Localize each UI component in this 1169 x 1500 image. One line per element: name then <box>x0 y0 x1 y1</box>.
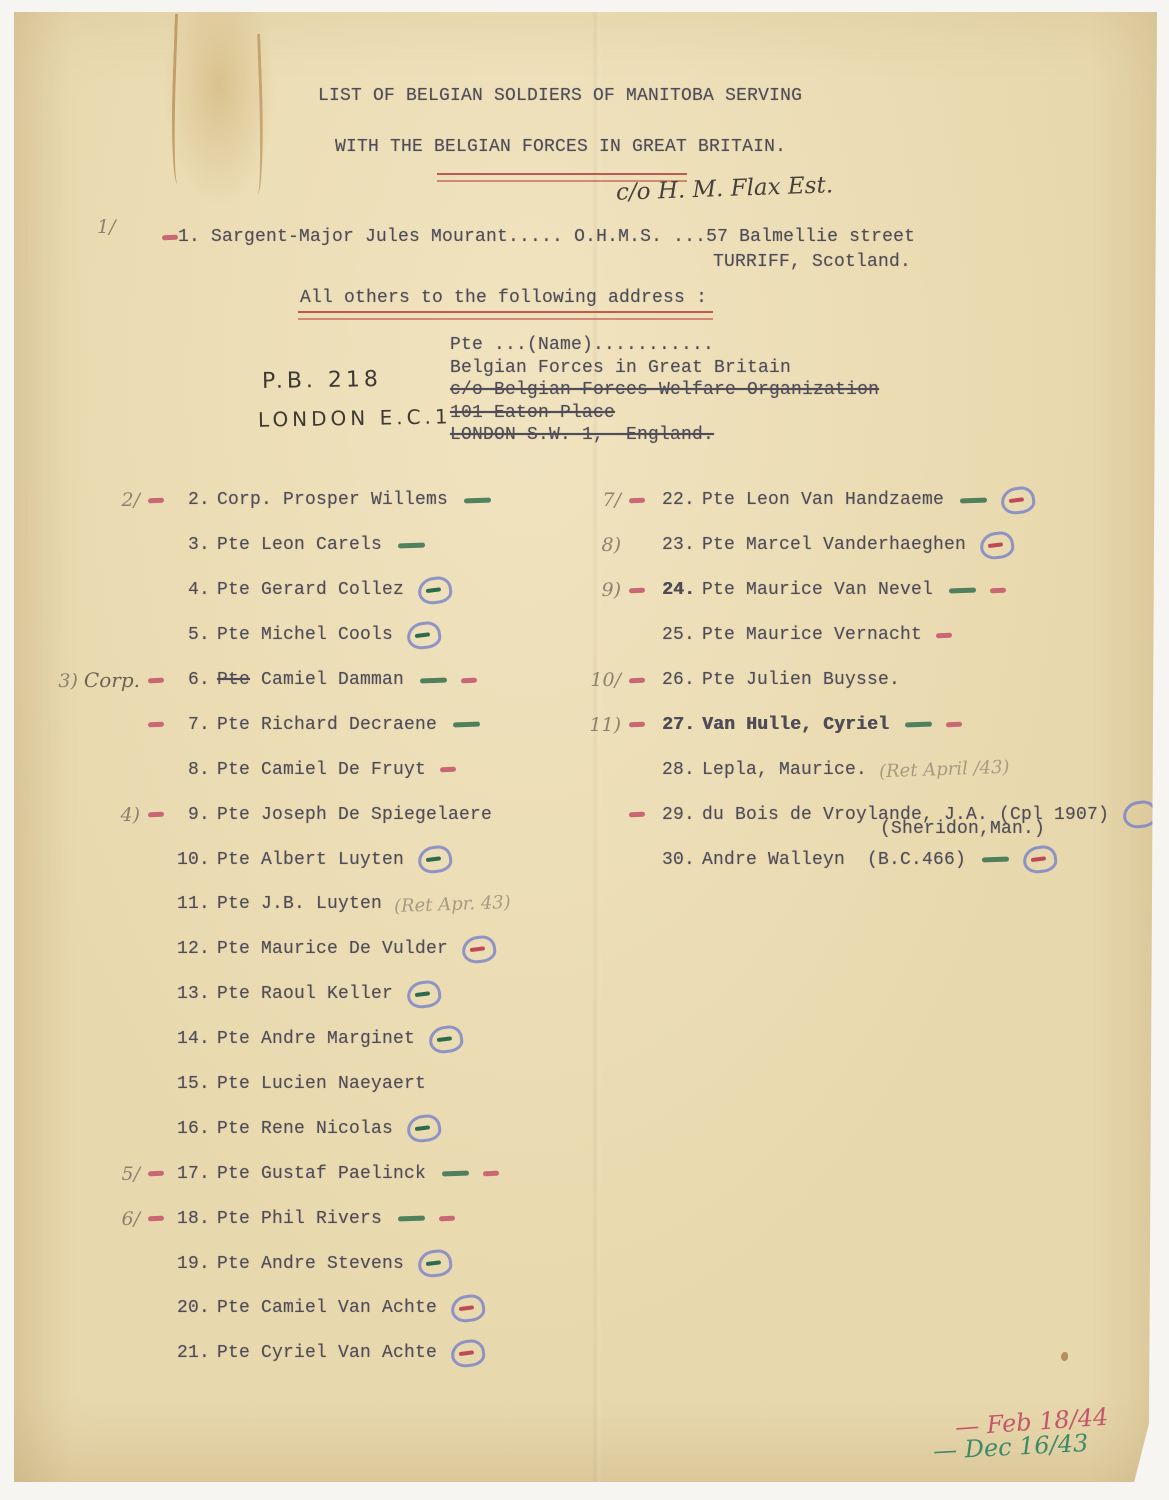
annotation-marks <box>382 543 425 548</box>
annotation-marks <box>437 1340 485 1367</box>
annotation-marks <box>933 588 1006 593</box>
entry-number: 12. <box>168 939 210 959</box>
margin-pencil-number: 10/ <box>585 669 623 691</box>
pencil-note: (Ret April /43) <box>879 757 1010 783</box>
soldier-row: 4. Pte Gerard Collez <box>14 568 599 613</box>
margin-red-dash <box>148 1171 164 1177</box>
entry-number: 16. <box>168 1119 210 1139</box>
entry-number: 17. <box>168 1164 210 1184</box>
annotation-marks <box>1109 801 1157 828</box>
entry-number: 10. <box>168 850 210 870</box>
blue-circle-empty-mark <box>1122 799 1159 830</box>
soldier-name: Pte Gerard Collez <box>217 580 404 600</box>
entry-number: 25. <box>649 625 695 645</box>
soldier-name: Pte Phil Rivers <box>217 1209 382 1229</box>
green-pencil-dash-mark <box>982 857 1009 863</box>
entry-number: 20. <box>168 1298 210 1318</box>
margin-red-dash <box>148 677 164 683</box>
annotation-marks <box>393 1115 441 1142</box>
margin-pencil-number: 6/ <box>14 1208 142 1230</box>
blue-circle-red-dash-mark <box>979 530 1016 561</box>
entry-number: 24. <box>649 580 695 600</box>
soldier-name: Pte Maurice Vernacht <box>702 625 922 645</box>
annotation-marks <box>393 622 441 649</box>
annotation-marks <box>404 577 452 604</box>
soldier-name: Pte Albert Luyten <box>217 850 404 870</box>
soldier-row: 3)Corp. 6. Pte Camiel Damman <box>14 658 599 703</box>
soldier-name: Pte Joseph De Spiegelaere <box>217 805 492 825</box>
annotation-marks <box>415 1026 463 1053</box>
entry-number: 19. <box>168 1254 210 1274</box>
annotation-marks <box>944 487 1035 514</box>
soldier-row: 29. du Bois de Vroylande, J.A. (Cpl 1907… <box>585 792 1169 837</box>
red-pencil-dash-mark <box>439 1216 455 1222</box>
margin-pencil-number: 5/ <box>14 1163 142 1185</box>
margin-red-dash <box>629 722 645 728</box>
red-pencil-dash-mark <box>461 677 477 683</box>
address-struck-welfare-org: c/o Belgian Forces Welfare Organization <box>450 379 879 402</box>
green-pencil-dash-mark <box>442 1171 469 1177</box>
soldier-name: Pte Gustaf Paelinck <box>217 1164 426 1184</box>
struck-rank: Pte <box>217 670 250 690</box>
margin-pencil-number: 3)Corp. <box>14 668 142 692</box>
margin-red-dash <box>629 498 645 504</box>
subheading: All others to the following address : <box>300 288 707 308</box>
soldier-row: 14. Pte Andre Marginet <box>14 1017 599 1062</box>
soldier-name: Camiel Damman <box>261 670 404 690</box>
soldier-list-left: 2/ 2. Corp. Prosper Willems 3. Pte Leon … <box>14 478 599 1376</box>
document-title-line2: WITH THE BELGIAN FORCES IN GREAT BRITAIN… <box>335 137 786 157</box>
entry-number: 15. <box>168 1074 210 1094</box>
blue-circle-green-dash-mark <box>417 844 454 875</box>
margin-pencil-number: 2/ <box>14 489 142 511</box>
soldier-name: Pte Richard Decraene <box>217 715 437 735</box>
green-pencil-dash-mark <box>453 722 480 728</box>
margin-pencil-number: 4) <box>14 804 142 826</box>
margin-red-dash <box>148 812 164 818</box>
entry-number: 30. <box>649 850 695 870</box>
soldier-row: 20. Pte Camiel Van Achte <box>14 1286 599 1331</box>
entry-number: 2. <box>168 490 210 510</box>
entry-number: 14. <box>168 1029 210 1049</box>
entry-number: 7. <box>168 715 210 735</box>
blue-circle-green-dash-mark <box>417 1248 454 1279</box>
soldier-row: 9) 24. Pte Maurice Van Nevel <box>585 568 1169 613</box>
soldier-row: 8. Pte Camiel De Fruyt <box>14 747 599 792</box>
annotation-marks <box>922 633 952 638</box>
soldier-row: 5. Pte Michel Cools <box>14 613 599 658</box>
red-pencil-dash-mark <box>946 722 962 728</box>
address-struck-london-sw1: LONDON S.W. 1, England. <box>450 424 879 447</box>
soldier-name: Pte Maurice De Vulder <box>217 939 448 959</box>
margin-pencil-number: 1/ <box>97 216 116 238</box>
soldier-name: Pte Camiel De Fruyt <box>217 760 426 780</box>
entry-number: 29. <box>649 805 695 825</box>
margin-pencil-number: 9) <box>585 579 623 601</box>
document-page: LIST OF BELGIAN SOLDIERS OF MANITOBA SER… <box>14 12 1157 1482</box>
soldier-name: Pte Lucien Naeyaert <box>217 1074 426 1094</box>
soldier-name: Lepla, Maurice. <box>702 760 867 780</box>
entry-number: 8. <box>168 760 210 780</box>
blue-circle-red-dash-mark <box>450 1293 487 1324</box>
soldier-name: Pte Andre Stevens <box>217 1254 404 1274</box>
soldier-name: Pte Andre Marginet <box>217 1029 415 1049</box>
entry-number: 4. <box>168 580 210 600</box>
green-pencil-dash-mark <box>960 497 987 503</box>
address-line-belgian-forces: Belgian Forces in Great Britain <box>450 357 879 380</box>
soldier-name: Pte Leon Carels <box>217 535 382 555</box>
entry-number: 9. <box>168 805 210 825</box>
ink-speck <box>1061 1352 1068 1361</box>
soldier-name: Pte Leon Van Handzaeme <box>702 490 944 510</box>
document-title-line1: LIST OF BELGIAN SOLDIERS OF MANITOBA SER… <box>318 86 802 106</box>
entry-number: 3. <box>168 535 210 555</box>
soldier-row: 11. Pte J.B. Luyten (Ret Apr. 43) <box>14 882 599 927</box>
soldier-name: Van Hulle, Cyriel <box>702 715 889 735</box>
entry1-line1: 1. Sargent-Major Jules Mourant..... O.H.… <box>178 227 915 247</box>
margin-red-dash <box>629 677 645 683</box>
annotation-marks <box>448 936 496 963</box>
margin-pencil-number: 11) <box>585 714 623 736</box>
entry-number: 27. <box>649 715 695 735</box>
pencil-note: (Ret Apr. 43) <box>394 892 511 917</box>
soldier-name: Pte Cyriel Van Achte <box>217 1343 437 1363</box>
soldier-row: 8) 23. Pte Marcel Vanderhaeghen <box>585 523 1169 568</box>
soldier-row: 21. Pte Cyriel Van Achte <box>14 1331 599 1376</box>
handwritten-po-box: P.B. 218 <box>262 367 382 394</box>
annotation-marks <box>966 846 1057 873</box>
green-pencil-dash-mark <box>949 587 976 593</box>
margin-red-dash <box>629 587 645 593</box>
red-pencil-dash-mark <box>990 587 1006 593</box>
soldier-row: 25. Pte Maurice Vernacht <box>585 613 1169 658</box>
annotation-marks <box>889 722 962 727</box>
green-pencil-dash-mark <box>464 497 491 503</box>
margin-pencil-number: 7/ <box>585 489 623 511</box>
handwritten-london-ec1: LONDON E.C.1 <box>258 404 452 431</box>
entry-number: 5. <box>168 625 210 645</box>
soldier-name: Pte Raoul Keller <box>217 984 393 1004</box>
margin-red-dash <box>148 498 164 504</box>
entry-number: 22. <box>649 490 695 510</box>
soldier-name: Pte Rene Nicolas <box>217 1119 393 1139</box>
red-pencil-dash-mark <box>936 632 952 638</box>
soldier-row: 16. Pte Rene Nicolas <box>14 1106 599 1151</box>
entry-number: 26. <box>649 670 695 690</box>
annotation-marks <box>426 767 456 772</box>
soldier-row: 11) 27. Van Hulle, Cyriel <box>585 702 1169 747</box>
entry-number: 11. <box>168 894 210 914</box>
blue-circle-red-dash-mark <box>1022 844 1059 875</box>
margin-pencil-number: 8) <box>585 534 623 556</box>
annotation-marks <box>448 498 491 503</box>
address-struck-eaton-place: 101 Eaton Place <box>450 402 879 425</box>
soldier-name: Corp. Prosper Willems <box>217 490 448 510</box>
red-pencil-dash-mark <box>440 767 456 773</box>
blue-circle-green-dash-mark <box>428 1024 465 1055</box>
margin-red-dash <box>148 1216 164 1222</box>
entry1-line2: TURRIFF, Scotland. <box>713 252 911 272</box>
entry-number: 18. <box>168 1209 210 1229</box>
subheading-red-underline <box>298 311 713 320</box>
blue-circle-red-dash-mark <box>450 1338 487 1369</box>
annotation-marks <box>404 1250 452 1277</box>
blue-circle-red-dash-mark <box>461 934 498 965</box>
soldier-row: 12. Pte Maurice De Vulder <box>14 927 599 972</box>
soldier-row: 10. Pte Albert Luyten <box>14 837 599 882</box>
green-pencil-dash-mark <box>420 677 447 683</box>
annotation-marks <box>382 1216 455 1221</box>
soldier-row: 6/ 18. Pte Phil Rivers <box>14 1196 599 1241</box>
soldier-row: 30. Andre Walleyn (B.C.466) <box>585 837 1169 882</box>
blue-circle-green-dash-mark <box>406 620 443 651</box>
soldier-row: 7. Pte Richard Decraene <box>14 702 599 747</box>
soldier-name: Pte Julien Buysse. <box>702 670 900 690</box>
annotation-marks <box>426 1171 499 1176</box>
entry-number: 21. <box>168 1343 210 1363</box>
entry-number: 13. <box>168 984 210 1004</box>
soldier-row: 2/ 2. Corp. Prosper Willems <box>14 478 599 523</box>
soldier-row: 10/ 26. Pte Julien Buysse. <box>585 658 1169 703</box>
entry-number: 6. <box>168 670 210 690</box>
soldier-row: 28. Lepla, Maurice. (Ret April /43) <box>585 747 1169 792</box>
soldier-name: Pte Marcel Vanderhaeghen <box>702 535 966 555</box>
annotation-marks <box>437 722 480 727</box>
annotation-marks <box>966 532 1014 559</box>
address-line-pte-name: Pte ...(Name)........... <box>450 334 879 357</box>
green-pencil-dash-mark <box>398 1216 425 1222</box>
soldier-row: 13. Pte Raoul Keller <box>14 972 599 1017</box>
green-pencil-dash-mark <box>905 722 932 728</box>
soldier-row: 3. Pte Leon Carels <box>14 523 599 568</box>
red-dash-mark <box>162 235 178 241</box>
annotation-marks <box>437 1295 485 1322</box>
entry-number: 23. <box>649 535 695 555</box>
margin-corp-note: Corp. <box>84 668 140 692</box>
blue-circle-green-dash-mark <box>406 979 443 1010</box>
soldier-row: 4) 9. Pte Joseph De Spiegelaere <box>14 792 599 837</box>
soldier-row: 7/ 22. Pte Leon Van Handzaeme <box>585 478 1169 523</box>
blue-circle-green-dash-mark <box>417 575 454 606</box>
annotation-marks <box>404 678 477 683</box>
soldier-name: Pte J.B. Luyten <box>217 894 382 914</box>
entry-number: 28. <box>649 760 695 780</box>
blue-circle-red-dash-mark <box>1000 485 1037 516</box>
address-block: Pte ...(Name)........... Belgian Forces … <box>450 334 879 447</box>
soldier-row: 19. Pte Andre Stevens <box>14 1241 599 1286</box>
soldier-list-right: 7/ 22. Pte Leon Van Handzaeme 8) 23. Pte… <box>585 478 1169 882</box>
margin-red-dash <box>629 812 645 818</box>
soldier-row: 15. Pte Lucien Naeyaert <box>14 1062 599 1107</box>
soldier-name: Pte Camiel Van Achte <box>217 1298 437 1318</box>
blue-circle-green-dash-mark <box>406 1113 443 1144</box>
soldier-name: Pte Michel Cools <box>217 625 393 645</box>
margin-red-dash <box>148 722 164 728</box>
annotation-marks <box>404 846 452 873</box>
red-pencil-dash-mark <box>483 1171 499 1177</box>
annotation-marks <box>393 981 441 1008</box>
green-pencil-dash-mark <box>398 542 425 548</box>
soldier-name: Pte Maurice Van Nevel <box>702 580 933 600</box>
soldier-row: 5/ 17. Pte Gustaf Paelinck <box>14 1151 599 1196</box>
soldier-name: Andre Walleyn (B.C.466) <box>702 850 966 870</box>
